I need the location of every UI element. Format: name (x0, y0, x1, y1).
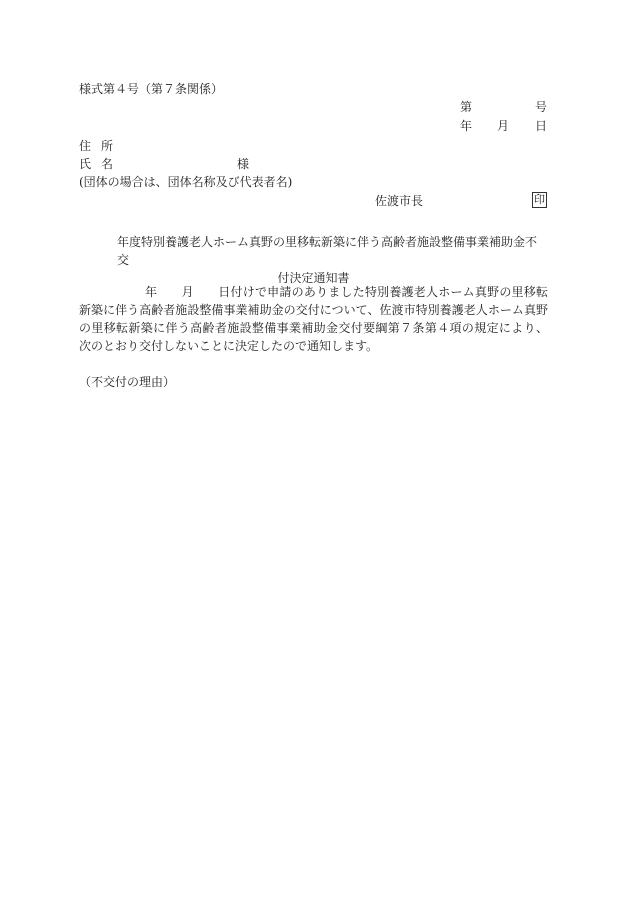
date-month-label: 月 (497, 117, 509, 135)
honorific: 様 (237, 155, 249, 173)
body-paragraph: 年 月 日付けで申請のありました特別養護老人ホーム真野の里移転 新築に伴う高齢者… (79, 283, 548, 355)
date-day-label: 日 (535, 117, 547, 135)
document-page: 様式第４号（第７条関係） 第 号 年 月 日 住所 氏名 様 (団体の場合は、団… (0, 0, 630, 903)
reason-label: （不交付の理由） (79, 373, 175, 391)
title-line-1: 年度特別養護老人ホーム真野の里移転新築に伴う高齢者施設整備事業補助金不交 (79, 233, 548, 269)
body-line: 次のとおり交付しないことに決定したので通知します。 (79, 337, 548, 355)
doc-number-suffix: 号 (535, 98, 547, 116)
address-label: 住所 (79, 137, 123, 155)
date-year-label: 年 (460, 117, 472, 135)
body-line: の里移転新築に伴う高齢者施設整備事業補助金交付要綱第７条第４項の規定により、 (79, 319, 548, 337)
body-line: 新築に伴う高齢者施設整備事業補助金の交付について、佐渡市特別養護老人ホーム真野 (79, 301, 548, 319)
seal-icon: 印 (532, 192, 547, 208)
form-number: 様式第４号（第７条関係） (79, 80, 223, 98)
body-line: 年 月 日付けで申請のありました特別養護老人ホーム真野の里移転 (79, 283, 548, 301)
name-label: 氏名 (79, 155, 123, 173)
document-title: 年度特別養護老人ホーム真野の里移転新築に伴う高齢者施設整備事業補助金不交 付決定… (79, 233, 548, 287)
issuer-title: 佐渡市長 (375, 192, 423, 210)
doc-number-prefix: 第 (460, 98, 472, 116)
organization-note: (団体の場合は、団体名称及び代表者名) (79, 173, 292, 191)
